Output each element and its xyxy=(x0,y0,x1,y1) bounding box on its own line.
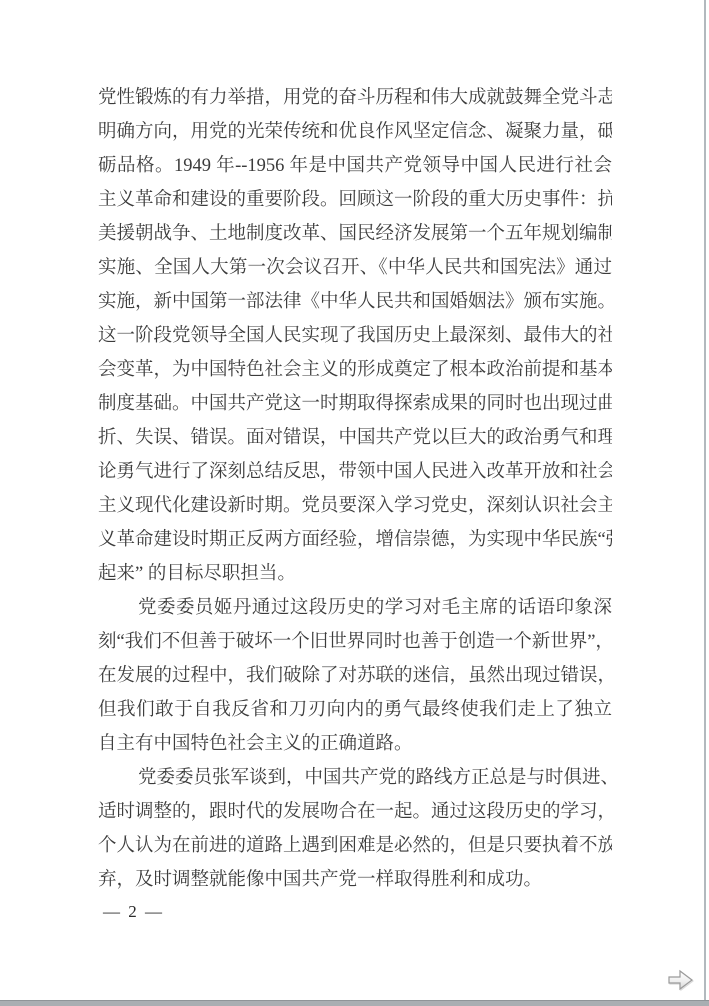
next-page-button[interactable] xyxy=(664,967,696,995)
document-page: 党性锻炼的有力举措，用党的奋斗历程和伟大成就鼓舞全党斗志、明确方向，用党的光荣传… xyxy=(0,0,709,1006)
horizontal-scrollbar[interactable] xyxy=(0,1000,709,1006)
text-line: 弃，及时调整就能像中国共产党一样取得胜利和成功。 xyxy=(98,863,612,897)
text-line: 主义革命和建设的重要阶段。回顾这一阶段的重大历史事件：抗 xyxy=(98,183,612,217)
text-line: 制度基础。中国共产党这一时期取得探索成果的同时也出现过曲 xyxy=(98,387,612,421)
document-text: 党性锻炼的有力举措，用党的奋斗历程和伟大成就鼓舞全党斗志、明确方向，用党的光荣传… xyxy=(98,81,612,897)
text-line: 实施、全国人大第一次会议召开、《中华人民共和国宪法》通过 xyxy=(98,251,612,285)
text-line: 适时调整的，跟时代的发展吻合在一起。通过这段历史的学习， xyxy=(98,795,612,829)
text-line: 折、失误、错误。面对错误，中国共产党以巨大的政治勇气和理 xyxy=(98,421,612,455)
text-line: 党委委员张军谈到，中国共产党的路线方正总是与时俱进、 xyxy=(98,761,612,795)
text-line: 实施，新中国第一部法律《中华人民共和国婚姻法》颁布实施。 xyxy=(98,285,612,319)
text-line: 党性锻炼的有力举措，用党的奋斗历程和伟大成就鼓舞全党斗志、 xyxy=(98,81,612,115)
text-line: 这一阶段党领导全国人民实现了我国历史上最深刻、最伟大的社 xyxy=(98,319,612,353)
text-line: 在发展的过程中，我们破除了对苏联的迷信，虽然出现过错误， xyxy=(98,659,612,693)
text-line: 主义现代化建设新时期。党员要深入学习党史，深刻认识社会主 xyxy=(98,489,612,523)
text-line: 会变革，为中国特色社会主义的形成奠定了根本政治前提和基本 xyxy=(98,353,612,387)
next-page-arrow-icon xyxy=(664,967,696,995)
text-line: 个人认为在前进的道路上遇到困难是必然的，但是只要执着不放 xyxy=(98,829,612,863)
text-line: 党委委员姬丹通过这段历史的学习对毛主席的话语印象深 xyxy=(98,591,612,625)
text-line: 但我们敢于自我反省和刀刃向内的勇气最终使我们走上了独立 xyxy=(98,693,612,727)
text-line: 起来” 的目标尽职担当。 xyxy=(98,557,612,591)
text-line: 自主有中国特色社会主义的正确道路。 xyxy=(98,727,612,761)
text-line: 义革命建设时期正反两方面经验，增信崇德，为实现中华民族“强 xyxy=(98,523,612,557)
text-line: 论勇气进行了深刻总结反思，带领中国人民进入改革开放和社会 xyxy=(98,455,612,489)
text-line: 明确方向，用党的光荣传统和优良作风坚定信念、凝聚力量，砥 xyxy=(98,115,612,149)
text-line: 刻“我们不但善于破坏一个旧世界同时也善于创造一个新世界”， xyxy=(98,625,612,659)
page-edge-border xyxy=(704,0,706,1001)
text-line: 美援朝战争、土地制度改革、国民经济发展第一个五年规划编制 xyxy=(98,217,612,251)
page-number: — 2 — xyxy=(103,902,164,922)
text-line: 砺品格。1949 年--1956 年是中国共产党领导中国人民进行社会 xyxy=(98,149,612,183)
